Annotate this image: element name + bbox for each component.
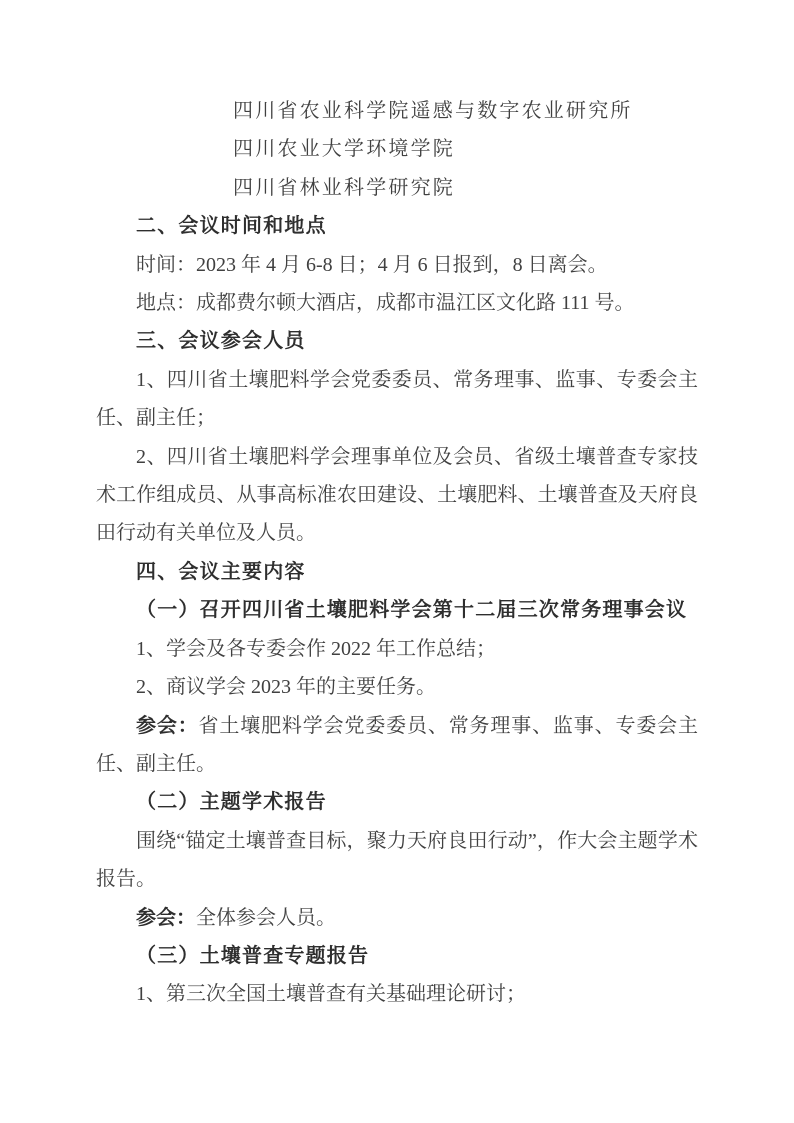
body-paragraph: 1、四川省土壤肥料学会党委委员、常务理事、监事、专委会主任、副主任； [96,361,698,438]
paragraph-lead-label: 参会： [136,907,196,929]
body-paragraph: 2、四川省土壤肥料学会理事单位及会员、省级土壤普查专家技术工作组成员、从事高标准… [96,438,698,553]
section-heading: （三）土壤普查专题报告 [96,937,698,975]
section-heading: 四、会议主要内容 [96,553,698,591]
section-heading: 三、会议参会人员 [96,322,698,360]
section-heading: （一）召开四川省土壤肥料学会第十二届三次常务理事会议 [96,591,698,629]
section-heading: 二、会议时间和地点 [96,207,698,245]
document-page: 四川省农业科学院遥感与数字农业研究所四川农业大学环境学院四川省林业科学研究院二、… [0,0,794,1123]
section-heading: （二）主题学术报告 [96,783,698,821]
body-paragraph: 围绕“锚定土壤普查目标，聚力天府良田行动”，作大会主题学术报告。 [96,822,698,899]
organization-line: 四川省农业科学院遥感与数字农业研究所 [96,92,698,130]
organization-line: 四川省林业科学研究院 [96,169,698,207]
body-paragraph: 1、学会及各专委会作 2022 年工作总结； [96,630,698,668]
body-paragraph: 1、第三次全国土壤普查有关基础理论研讨； [96,975,698,1013]
body-paragraph: 参会：省土壤肥料学会党委委员、常务理事、监事、专委会主任、副主任。 [96,707,698,784]
document-body: 四川省农业科学院遥感与数字农业研究所四川农业大学环境学院四川省林业科学研究院二、… [96,92,698,1014]
body-paragraph: 地点：成都费尔顿大酒店，成都市温江区文化路 111 号。 [96,284,698,322]
paragraph-lead-label: 参会： [136,715,199,737]
body-paragraph: 时间：2023 年 4 月 6-8 日；4 月 6 日报到，8 日离会。 [96,246,698,284]
organization-line: 四川农业大学环境学院 [96,130,698,168]
body-paragraph: 参会：全体参会人员。 [96,899,698,937]
body-paragraph: 2、商议学会 2023 年的主要任务。 [96,668,698,706]
